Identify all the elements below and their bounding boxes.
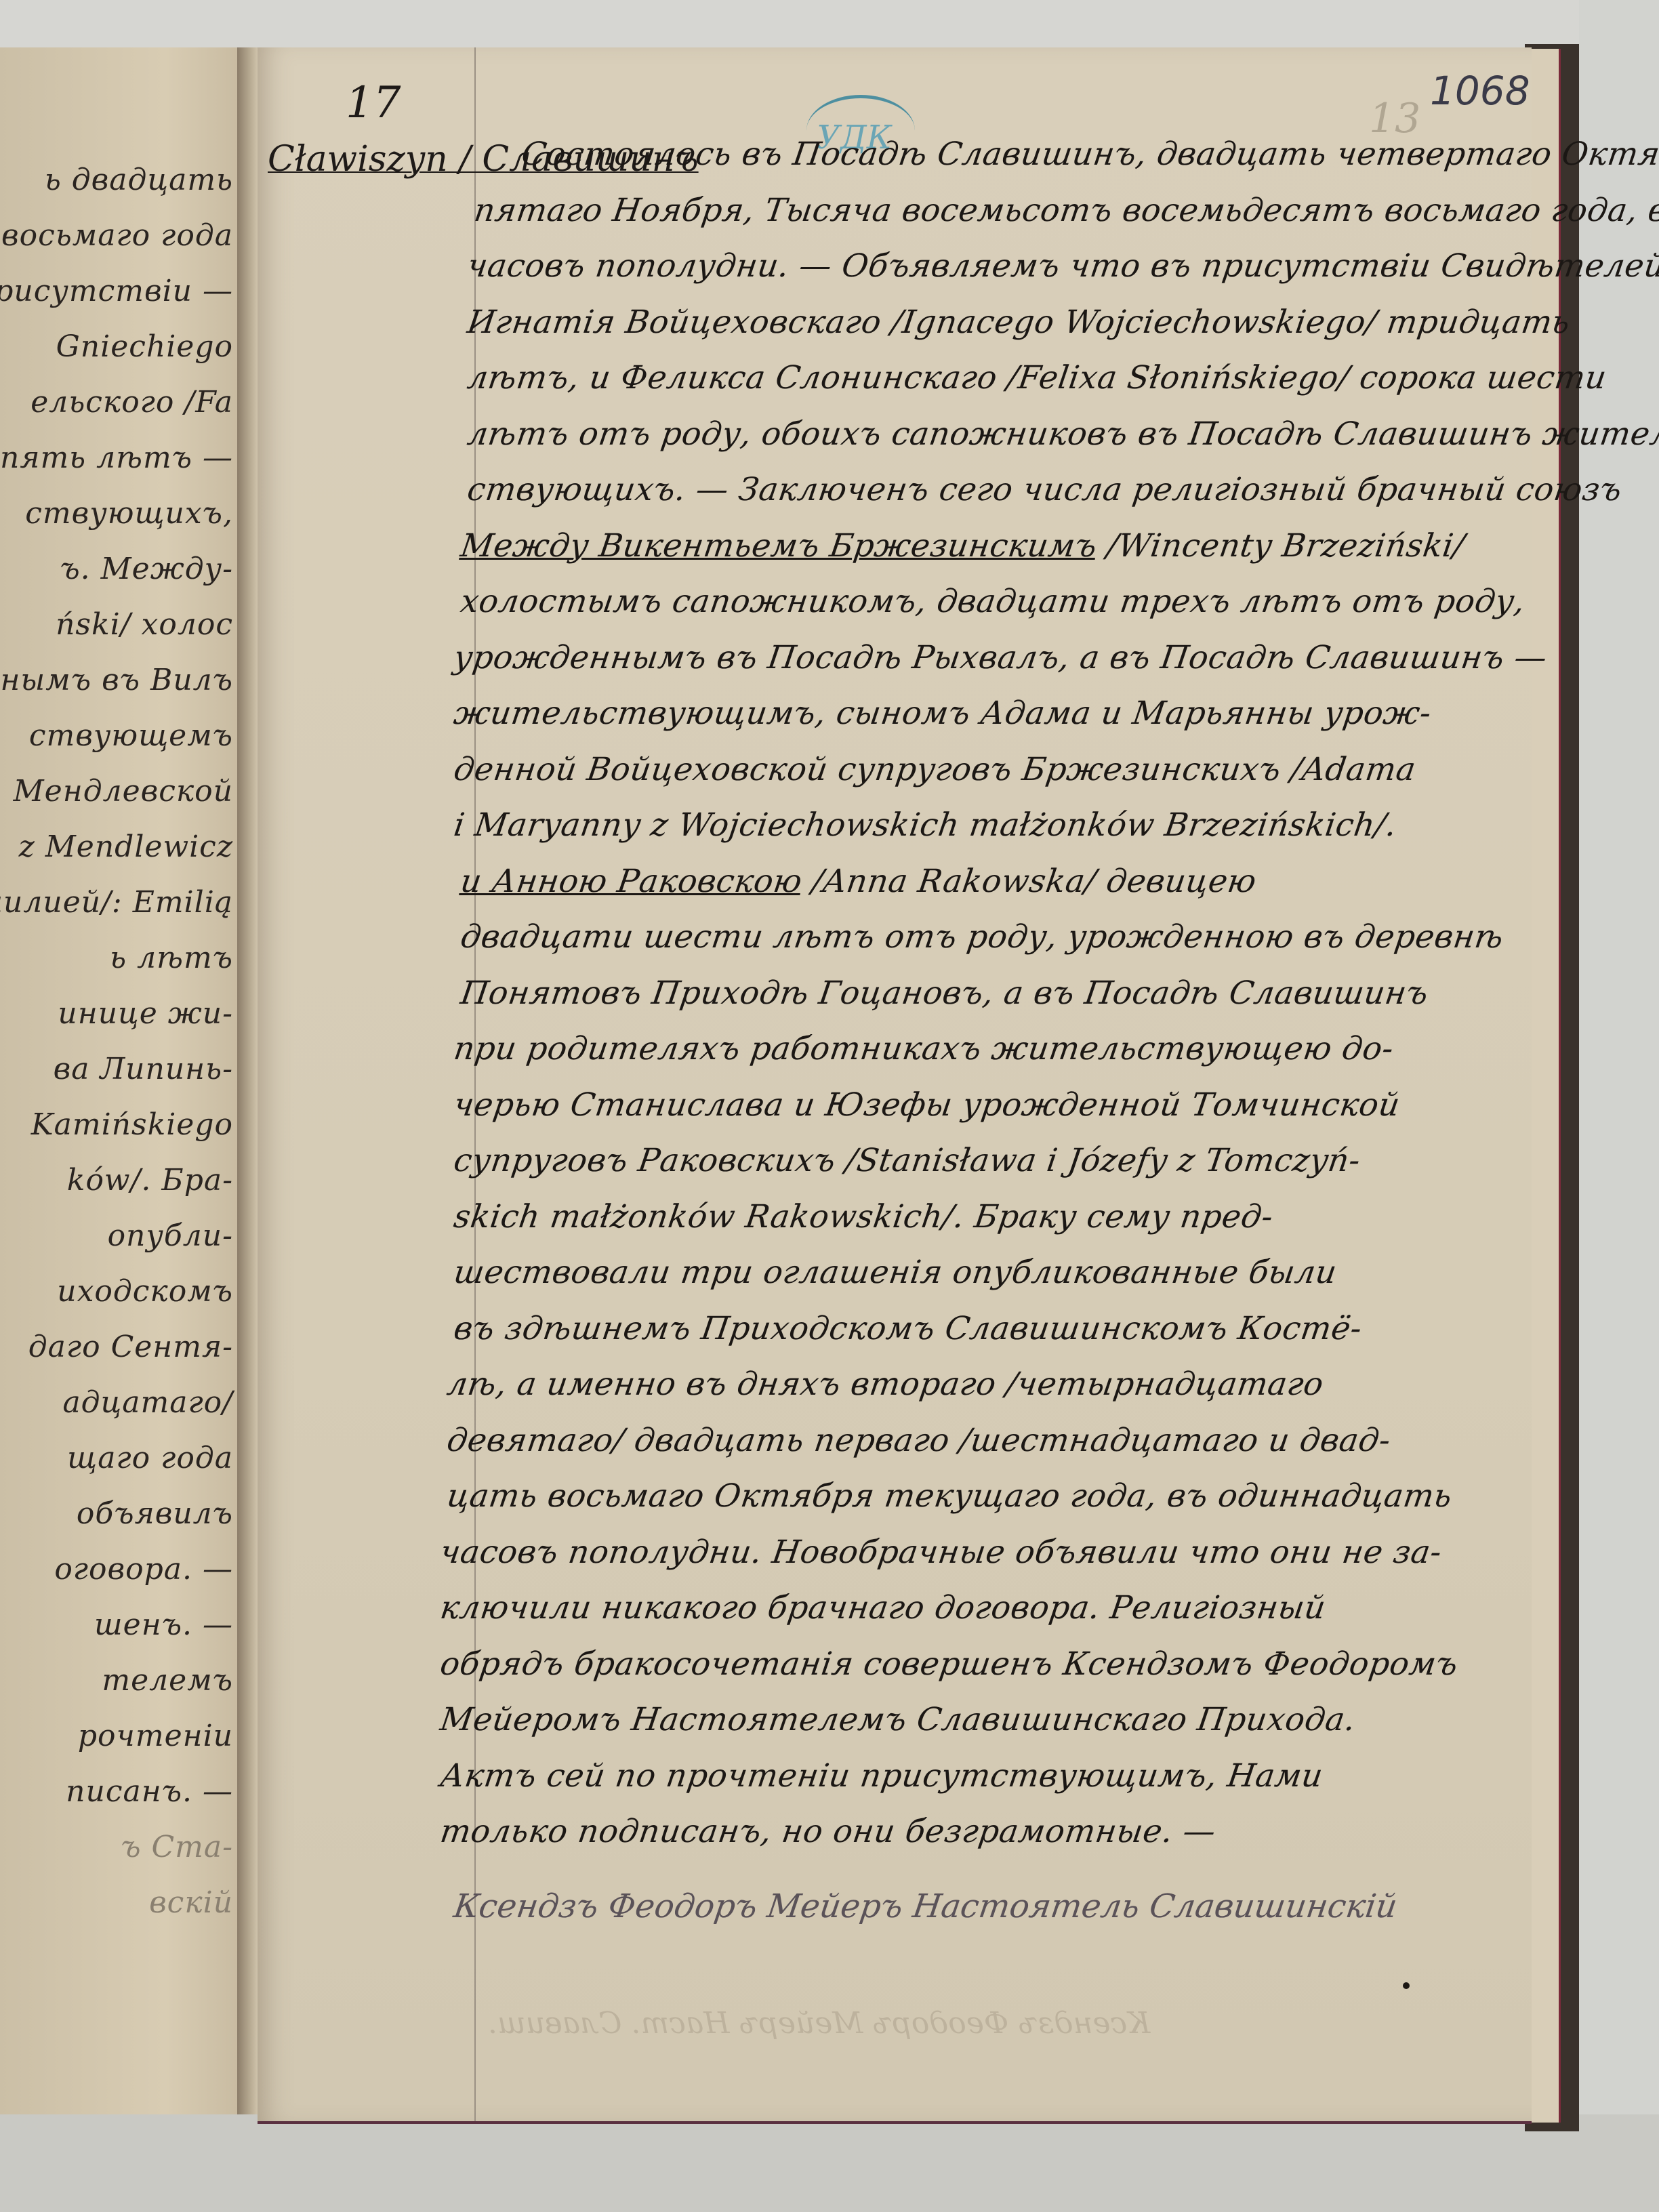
left-page-line: даго Сентя- — [28, 1330, 233, 1364]
left-page-line: объявилъ — [77, 1496, 233, 1531]
record-line: лѣ, а именно въ дняхъ втораго /четырнадц… — [445, 1366, 1326, 1403]
left-page-line: ь двадцать — [45, 163, 233, 197]
record-line: ключили никакого брачнаго договора. Рели… — [438, 1589, 1328, 1626]
record-line: Состоялось въ Посадѣ Славишинъ, двадцать… — [519, 136, 1659, 173]
background-top — [0, 0, 1659, 47]
left-page-line: присутствіи — — [0, 274, 233, 308]
left-page-line: z Mendlewicz — [19, 829, 233, 864]
left-page-line: ъ. Между- — [60, 552, 233, 586]
background-bottom — [0, 2114, 1659, 2212]
left-page-line: Емилией/: Emilią — [0, 885, 233, 920]
left-page-line: писанъ. — — [66, 1774, 233, 1809]
record-line: Понятовъ Приходѣ Гоцановъ, а въ Посадѣ С… — [458, 975, 1431, 1012]
margin-rule — [474, 47, 476, 2121]
left-page-line: ъ Ста- — [121, 1830, 233, 1864]
left-page-line: ków/. Бра- — [67, 1163, 233, 1197]
left-page-line: оговора. — — [54, 1552, 233, 1586]
record-line: и Анною Раковскою /Anna Rakowska/ девице… — [458, 863, 1258, 900]
record-line: супруговъ Раковскихъ /Stanisława i Józef… — [451, 1142, 1363, 1179]
background-right — [1579, 0, 1659, 2212]
left-page-line: нымъ въ Вилъ — [0, 663, 233, 697]
left-page-line: ствующихъ, — [25, 496, 233, 531]
record-line: ствующихъ. — Заключенъ сего числа религі… — [465, 471, 1624, 508]
record-line: skich małżonków Rakowskich/. Браку сему … — [451, 1198, 1275, 1235]
record-line: Игнатія Войцеховскаго /Ignacego Wojciech… — [465, 304, 1572, 341]
left-page-line: иходскомъ — [57, 1274, 233, 1309]
left-page-line: Kamińskiego — [31, 1107, 233, 1142]
record-line: при родителяхъ работникахъ жительствующе… — [451, 1030, 1396, 1067]
left-page-line: ельского /Fa — [30, 385, 233, 419]
left-page-line: ński/ холос — [56, 607, 233, 642]
record-line: i Maryanny z Wojciechowskich małżonków B… — [451, 806, 1399, 844]
record-line: цать восьмаго Октября текущаго года, въ … — [445, 1477, 1454, 1515]
left-page-line: Мендлевской — [14, 774, 233, 808]
record-line: лѣтъ, и Феликса Слонинскаго /Felixa Słon… — [465, 359, 1609, 396]
underlined-name: и Анною Раковскою — [458, 863, 804, 900]
priest-signature: Ксендзъ Феодоръ Мейеръ Настоятель Славиш… — [451, 1887, 1399, 1925]
record-line: девятаго/ двадцать перваго /шестнадцатаг… — [445, 1422, 1393, 1459]
record-line-rest: /Anna Rakowska/ девицею — [799, 863, 1258, 900]
record-line: шествовали три оглашенія опубликованные … — [451, 1254, 1339, 1291]
record-line: холостымъ сапожникомъ, двадцати трехъ лѣ… — [458, 583, 1528, 620]
record-line: только подписанъ, но они безграмотные. — — [438, 1813, 1218, 1850]
record-line: Мейеромъ Настоятелемъ Славишинскаго Прих… — [438, 1701, 1358, 1738]
record-line: обрядъ бракосочетанія совершенъ Ксендзом… — [438, 1645, 1460, 1683]
record-line: денной Войцеховской супруговъ Бржезински… — [451, 751, 1418, 788]
record-line: лѣтъ отъ роду, обоихъ сапожниковъ въ Пос… — [465, 415, 1659, 453]
entry-number: 17 — [346, 78, 401, 128]
record-line: часовъ пополудни. Новобрачные объявили ч… — [438, 1534, 1444, 1571]
left-page-line: ь лѣтъ — [110, 941, 233, 975]
left-page-line: инице жи- — [58, 996, 233, 1031]
record-line: Между Викентьемъ Бржезинскимъ /Wincenty … — [458, 527, 1467, 565]
book-gutter — [237, 47, 258, 2114]
folio-number: 1068 — [1430, 68, 1530, 114]
record-line: черью Станислава и Юзефы урожденной Томч… — [451, 1086, 1402, 1124]
left-page-line: ва Липинь- — [54, 1052, 233, 1086]
left-page-line: рочтеніи — [78, 1719, 233, 1753]
record-line-rest: /Wincenty Brzeziński/ — [1094, 527, 1467, 565]
bleed-through-text: Ксендзъ Феодоръ Мейеръ Наст. Славиш. — [488, 2006, 1150, 2041]
ink-blot — [1403, 1982, 1410, 1989]
left-page-line: адцатаго/ — [62, 1385, 233, 1420]
left-page: ь двадцатьь восьмаго годаприсутствіи —Gn… — [0, 47, 239, 2114]
record-line: пятаго Ноября, Тысяча восемьсотъ восемьд… — [472, 192, 1659, 229]
left-page-line: щаго года — [67, 1441, 233, 1475]
record-line: урожденнымъ въ Посадѣ Рыхвалъ, а въ Поса… — [451, 639, 1549, 676]
left-page-line: опубли- — [108, 1218, 233, 1253]
record-line: жительствующимъ, сыномъ Адама и Марьянны… — [451, 695, 1433, 732]
left-page-line: Gniechiego — [56, 329, 233, 364]
record-line: въ здѣшнемъ Приходскомъ Славишинскомъ Ко… — [451, 1310, 1364, 1347]
record-line: Актъ сей по прочтеніи присутствующимъ, Н… — [438, 1757, 1325, 1795]
left-page-line: ь восьмаго года — [0, 218, 233, 253]
left-page-line: вскій — [149, 1885, 233, 1920]
left-page-line: телемъ — [102, 1663, 233, 1698]
underlined-name: Между Викентьемъ Бржезинскимъ — [458, 527, 1099, 565]
record-line: часовъ пополудни. — Объявляемъ что въ пр… — [465, 247, 1659, 285]
left-page-line: ствующемъ — [29, 718, 233, 753]
record-line: двадцати шести лѣтъ отъ роду, урожденною… — [458, 918, 1506, 956]
left-page-line: ь пять лѣтъ — — [0, 441, 233, 475]
left-page-line: шенъ. — — [94, 1607, 233, 1642]
